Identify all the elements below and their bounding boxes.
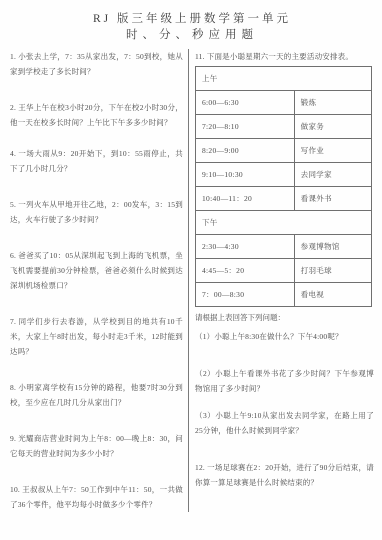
- schedule-section-label-am: 上午: [196, 67, 372, 91]
- schedule-section-row: 下午: [196, 211, 372, 235]
- schedule-row: 7:20—8:10 做家务: [196, 115, 372, 139]
- left-column: 1. 小张去上学，7：35从家出发，7：50到校，她从家到学校走了多长时间？ 2…: [10, 49, 188, 512]
- question-12: 12. 一场足球赛在2：20开始，进行了90分后结束，请你算一算足球赛是什么时候…: [195, 460, 374, 490]
- schedule-time: 10:40—11：20: [196, 187, 295, 211]
- schedule-section-label-pm: 下午: [196, 211, 372, 235]
- schedule-activity: 锻炼: [294, 91, 372, 115]
- schedule-time: 4:45—5：20: [196, 259, 295, 283]
- schedule-activity: 看电视: [294, 283, 372, 307]
- schedule-row: 8:20—9:00 写作业: [196, 139, 372, 163]
- schedule-time: 2:30—4:30: [196, 235, 295, 259]
- worksheet-header: RJ 版三年级上册数学第一单元 时、分、秒应用题: [10, 12, 374, 43]
- schedule-time: 8:20—9:00: [196, 139, 295, 163]
- question-5: 5. 一列火车从甲地开往乙地，2：00发车，3：15到达，火车行驶了多少时间？: [10, 197, 183, 227]
- schedule-time: 6:00—6:30: [196, 91, 295, 115]
- question-6: 6. 爸爸买了10：05从深圳起飞到上海的飞机票，坐飞机需要提前30分钟检票，爸…: [10, 248, 183, 293]
- schedule-row: 9:10—10:30 去同学家: [196, 163, 372, 187]
- schedule-time: 7：00—8:30: [196, 283, 295, 307]
- question-8: 8. 小明家离学校有15分钟的路程，他要7时30分到校，至少应在几时几分从家出门…: [10, 380, 183, 410]
- question-10: 10. 王叔叔从上午7：50工作到中午11：50，一共做了36个零件，他平均每小…: [10, 482, 183, 512]
- schedule-section-row: 上午: [196, 67, 372, 91]
- schedule-activity: 去同学家: [294, 163, 372, 187]
- question-7: 7. 同学们步行去春游，从学校到目的地共有10千米，大家上午8时出发，每小时走3…: [10, 314, 183, 359]
- sub-question-1: （1）小聪上午8:30在做什么？下午4:00呢？: [195, 329, 374, 344]
- sub-question-2: （2）小聪上午看课外书花了多少时间？下午参观博物馆用了多少时间？: [195, 366, 374, 396]
- schedule-time: 9:10—10:30: [196, 163, 295, 187]
- schedule-activity: 参观博物馆: [294, 235, 372, 259]
- question-2: 2. 王华上午在校3小时20分，下午在校2小时30分，他一天在校多长时间？上午比…: [10, 100, 183, 130]
- worksheet-page: RJ 版三年级上册数学第一单元 时、分、秒应用题 1. 小张去上学，7：35从家…: [0, 0, 382, 540]
- schedule-row: 7：00—8:30 看电视: [196, 283, 372, 307]
- schedule-activity: 打羽毛球: [294, 259, 372, 283]
- page-title: RJ 版三年级上册数学第一单元: [10, 12, 374, 27]
- schedule-row: 4:45—5：20 打羽毛球: [196, 259, 372, 283]
- schedule-activity: 写作业: [294, 139, 372, 163]
- schedule-time: 7:20—8:10: [196, 115, 295, 139]
- question-4: 4. 一场大雨从9：20开始下，到10：55雨停止，共下了几小时几分？: [10, 146, 183, 176]
- schedule-row: 2:30—4:30 参观博物馆: [196, 235, 372, 259]
- schedule-row: 6:00—6:30 锻炼: [196, 91, 372, 115]
- schedule-row: 10:40—11：20 看课外书: [196, 187, 372, 211]
- question-11-intro: 11. 下面是小聪星期六一天的主要活动安排表。: [195, 49, 374, 64]
- page-subtitle: 时、分、秒应用题: [10, 27, 374, 43]
- schedule-table: 上午 6:00—6:30 锻炼 7:20—8:10 做家务 8:20—9:00 …: [195, 66, 372, 307]
- schedule-activity: 做家务: [294, 115, 372, 139]
- table-questions-prompt: 请根据上表回答下列问题：: [195, 311, 374, 325]
- question-9: 9. 光耀商店营业时间为上午8：00—晚上8：30，问它每天的营业时间为多少小时…: [10, 431, 183, 461]
- two-column-layout: 1. 小张去上学，7：35从家出发，7：50到校，她从家到学校走了多长时间？ 2…: [10, 49, 374, 512]
- right-column: 11. 下面是小聪星期六一天的主要活动安排表。 上午 6:00—6:30 锻炼 …: [188, 49, 374, 512]
- sub-question-3: （3）小聪上午9:10从家出发去同学家，在路上用了25分钟，他什么时候到同学家？: [195, 408, 374, 438]
- schedule-activity: 看课外书: [294, 187, 372, 211]
- question-1: 1. 小张去上学，7：35从家出发，7：50到校，她从家到学校走了多长时间？: [10, 49, 183, 79]
